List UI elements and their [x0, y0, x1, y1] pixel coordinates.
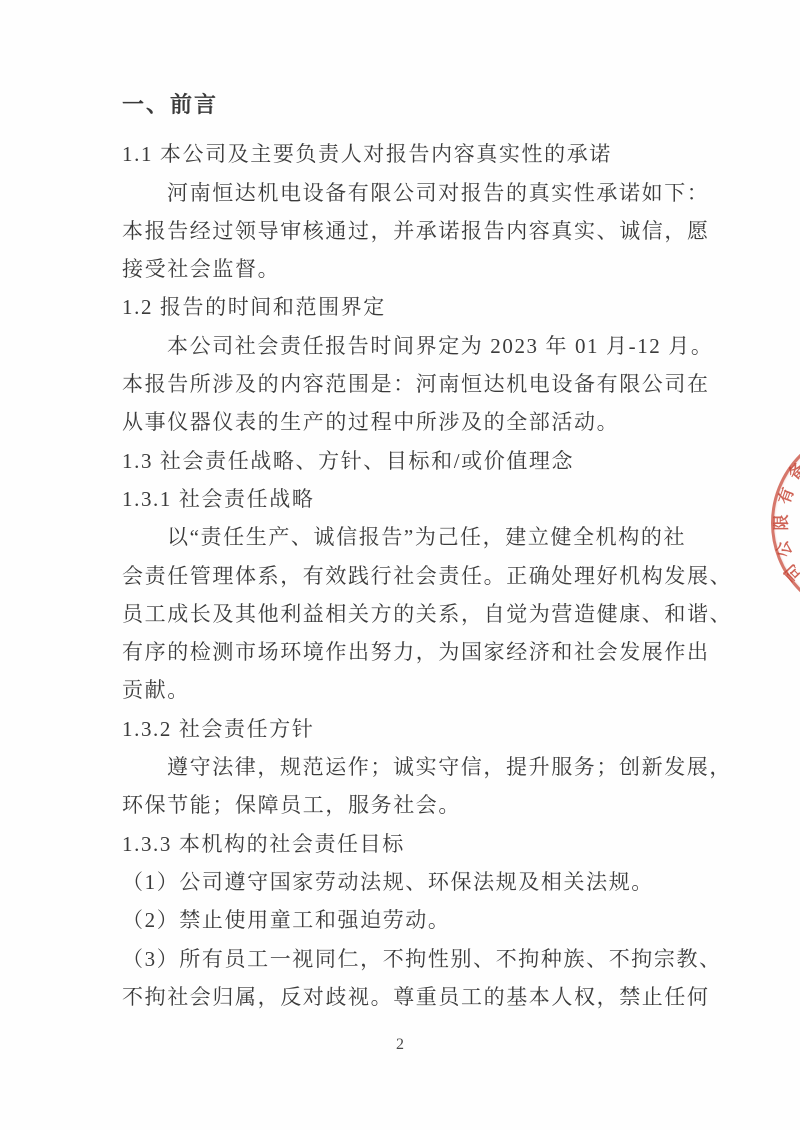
- seal-character: 公: [769, 538, 796, 561]
- seal-character: 有: [771, 484, 798, 507]
- seal-ring-icon: [771, 426, 800, 620]
- document-page: 一、前言 1.1 本公司及主要负责人对报告内容真实性的承诺 河南恒达机电设备有限…: [0, 0, 800, 1130]
- paragraph-line: 员工成长及其他利益相关方的关系，自觉为营造健康、和谐、: [122, 595, 718, 633]
- paragraph-line: 本公司社会责任报告时间界定为 2023 年 01 月-12 月。: [122, 327, 718, 365]
- list-item-line: （2）禁止使用童工和强迫劳动。: [122, 901, 718, 939]
- subsection-heading: 1.3.1 社会责任战略: [122, 480, 718, 518]
- paragraph-line: 从事仪器仪表的生产的过程中所涉及的全部活动。: [122, 403, 718, 441]
- paragraph-line: 遵守法律，规范运作；诚实守信，提升服务；创新发展，: [122, 748, 718, 786]
- paragraph-line: 本报告经过领导审核通过，并承诺报告内容真实、诚信，愿: [122, 212, 718, 250]
- subsection-heading: 1.2 报告的时间和范围界定: [122, 288, 718, 326]
- page-number: 2: [0, 1036, 800, 1054]
- subsection-heading: 1.1 本公司及主要负责人对报告内容真实性的承诺: [122, 135, 718, 173]
- paragraph-line: 贡献。: [122, 671, 718, 709]
- paragraph-line: 以“责任生产、诚信报告”为己任，建立健全机构的社: [122, 518, 718, 556]
- paragraph-line: 河南恒达机电设备有限公司对报告的真实性承诺如下：: [122, 174, 718, 212]
- paragraph-line: 有序的检测市场环境作出努力，为国家经济和社会发展作出: [122, 633, 718, 671]
- paragraph-line: 本报告所涉及的内容范围是：河南恒达机电设备有限公司在: [122, 365, 718, 403]
- subsection-heading: 1.3.2 社会责任方针: [122, 710, 718, 748]
- paragraph-line: 环保节能；保障员工，服务社会。: [122, 786, 718, 824]
- section-heading: 一、前言: [122, 86, 718, 124]
- paragraph-line: 会责任管理体系，有效践行社会责任。正确处理好机构发展、: [122, 557, 718, 595]
- document-body: 一、前言 1.1 本公司及主要负责人对报告内容真实性的承诺 河南恒达机电设备有限…: [122, 86, 718, 1016]
- subsection-heading: 1.3.3 本机构的社会责任目标: [122, 825, 718, 863]
- subsection-heading: 1.3 社会责任战略、方针、目标和/或价值理念: [122, 442, 718, 480]
- list-item-line: 不拘社会归属，反对歧视。尊重员工的基本人权，禁止任何: [122, 978, 718, 1016]
- seal-character: 备: [782, 457, 800, 484]
- list-item-line: （3）所有员工一视同仁，不拘性别、不拘种族、不拘宗教、: [122, 940, 718, 978]
- seal-character: 限: [769, 514, 792, 530]
- seal-character: 司: [778, 560, 800, 587]
- list-item-line: （1）公司遵守国家劳动法规、环保法规及相关法规。: [122, 863, 718, 901]
- paragraph-line: 接受社会监督。: [122, 250, 718, 288]
